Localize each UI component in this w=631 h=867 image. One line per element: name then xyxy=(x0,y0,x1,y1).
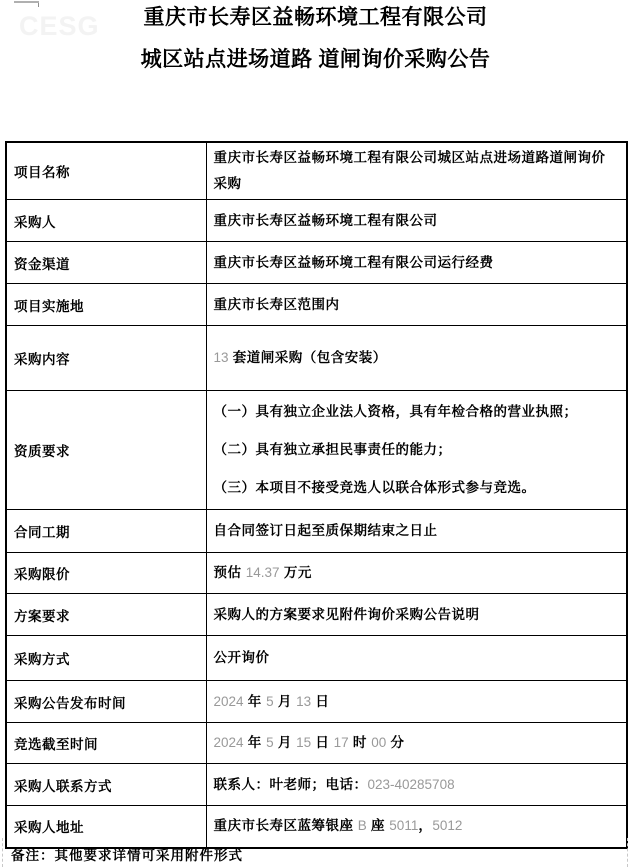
row-value-text: 年 xyxy=(244,735,267,750)
table-row-purchase-content: 采购内容 13 套道闸采购（包含安装） xyxy=(6,326,627,391)
row-label: 采购方式 xyxy=(6,636,206,681)
row-value: 2024 年 5 月 13 日 xyxy=(206,681,627,723)
doc-title-line-2: 城区站点进场道路 道闸询价采购公告 xyxy=(0,44,631,74)
doc-title-line-1: 重庆市长寿区益畅环境工程有限公司 xyxy=(0,2,631,32)
table-row-plan-requirements: 方案要求 采购人的方案要求见附件询价采购公告说明 xyxy=(6,594,627,636)
table-row-contract-period: 合同工期 自合同签订日起至质保期结束之日止 xyxy=(6,510,627,553)
row-value-text: 日 xyxy=(311,694,329,709)
document-page: { "page": { "watermark": "CESG" }, "head… xyxy=(0,0,631,867)
day-number: 13 xyxy=(296,694,311,709)
quantity-number: 13 xyxy=(214,350,229,365)
row-label: 合同工期 xyxy=(6,510,206,553)
row-label: 采购公告发布时间 xyxy=(6,681,206,723)
row-label: 方案要求 xyxy=(6,594,206,636)
row-value: 预估 14.37 万元 xyxy=(206,553,627,594)
row-value: 重庆市长寿区益畅环境工程有限公司运行经费 xyxy=(206,242,627,284)
requirement-item-2: （二）具有独立承担民事责任的能力； xyxy=(214,431,619,469)
row-label: 采购内容 xyxy=(6,326,206,391)
announcement-table: 项目名称 重庆市长寿区益畅环境工程有限公司城区站点进场道路道闸询价采购 采购人 … xyxy=(5,141,628,849)
row-value-text: 重庆市长寿区益畅环境工程有限公司 xyxy=(214,213,438,228)
month-number: 5 xyxy=(266,735,274,750)
remark-note: 备注：其他要求详情可采用附件形式 xyxy=(3,838,627,864)
table-row-announcement-date: 采购公告发布时间 2024 年 5 月 13 日 xyxy=(6,681,627,723)
month-number: 5 xyxy=(266,694,274,709)
row-value-text: 年 xyxy=(244,694,267,709)
row-label: 资质要求 xyxy=(6,391,206,510)
row-value: 13 套道闸采购（包含安装） xyxy=(206,326,627,391)
row-value: 重庆市长寿区益畅环境工程有限公司 xyxy=(206,200,627,242)
row-value-text: 重庆市长寿区蓝筹银座 xyxy=(214,818,358,833)
row-value: 2024 年 5 月 15 日 17 时 00 分 xyxy=(206,723,627,764)
phone-number: 023-40285708 xyxy=(368,777,455,792)
row-value-text: 万元 xyxy=(280,565,312,580)
row-value-text: 月 xyxy=(274,735,297,750)
row-value-text: 重庆市长寿区范围内 xyxy=(214,297,340,312)
row-value-text: 日 xyxy=(311,735,334,750)
row-value: 自合同签订日起至质保期结束之日止 xyxy=(206,510,627,553)
day-number: 15 xyxy=(296,735,311,750)
building-letter: B xyxy=(358,818,367,833)
row-value-text: 采购人的方案要求见附件询价采购公告说明 xyxy=(214,607,480,622)
row-value: 联系人：叶老师；电话：023-40285708 xyxy=(206,764,627,806)
table-row-purchase-method: 采购方式 公开询价 xyxy=(6,636,627,681)
table-row-project-name: 项目名称 重庆市长寿区益畅环境工程有限公司城区站点进场道路道闸询价采购 xyxy=(6,142,627,200)
row-value-text: 公开询价 xyxy=(214,650,270,665)
hour-number: 17 xyxy=(334,735,349,750)
row-value: 重庆市长寿区范围内 xyxy=(206,284,627,326)
row-value-text: 预估 xyxy=(214,565,246,580)
row-value-text: 座 xyxy=(367,818,390,833)
row-value-text: 重庆市长寿区益畅环境工程有限公司城区站点进场道路道闸询价采购 xyxy=(214,150,606,191)
room-number-1: 5011 xyxy=(389,818,418,833)
row-label: 项目名称 xyxy=(6,142,206,200)
requirement-item-3: （三）本项目不接受竞选人以联合体形式参与竞选。 xyxy=(214,469,619,507)
table-row-qualification-requirements: 资质要求 （一）具有独立企业法人资格，具有年检合格的营业执照； （二）具有独立承… xyxy=(6,391,627,510)
row-value-text: 套道闸采购（包含安装） xyxy=(229,350,387,365)
minute-number: 00 xyxy=(371,735,386,750)
row-value: 重庆市长寿区益畅环境工程有限公司城区站点进场道路道闸询价采购 xyxy=(206,142,627,200)
row-value-text: ， xyxy=(418,818,432,833)
row-value: 采购人的方案要求见附件询价采购公告说明 xyxy=(206,594,627,636)
room-number-2: 5012 xyxy=(432,818,462,833)
year-number: 2024 xyxy=(214,694,244,709)
table-row-bid-deadline: 竞选截至时间 2024 年 5 月 15 日 17 时 00 分 xyxy=(6,723,627,764)
row-label: 采购人 xyxy=(6,200,206,242)
row-value-text: 时 xyxy=(349,735,372,750)
remark-section: 备注：其他要求详情可采用附件形式 xyxy=(2,838,628,867)
price-number: 14.37 xyxy=(246,565,280,580)
row-value-text: 重庆市长寿区益畅环境工程有限公司运行经费 xyxy=(214,255,494,270)
row-value: 公开询价 xyxy=(206,636,627,681)
row-label: 资金渠道 xyxy=(6,242,206,284)
table-row-project-location: 项目实施地 重庆市长寿区范围内 xyxy=(6,284,627,326)
table-row-contact-info: 采购人联系方式 联系人：叶老师；电话：023-40285708 xyxy=(6,764,627,806)
row-label: 项目实施地 xyxy=(6,284,206,326)
table-row-funding-channel: 资金渠道 重庆市长寿区益畅环境工程有限公司运行经费 xyxy=(6,242,627,284)
row-label: 采购人联系方式 xyxy=(6,764,206,806)
row-label: 采购限价 xyxy=(6,553,206,594)
table-row-price-limit: 采购限价 预估 14.37 万元 xyxy=(6,553,627,594)
row-value: （一）具有独立企业法人资格，具有年检合格的营业执照； （二）具有独立承担民事责任… xyxy=(206,391,627,510)
table-row-purchaser: 采购人 重庆市长寿区益畅环境工程有限公司 xyxy=(6,200,627,242)
year-number: 2024 xyxy=(214,735,244,750)
row-value-text: 联系人：叶老师；电话： xyxy=(214,777,368,792)
row-value-text: 月 xyxy=(274,694,297,709)
requirement-item-1: （一）具有独立企业法人资格，具有年检合格的营业执照； xyxy=(214,393,619,431)
row-value-text: 自合同签订日起至质保期结束之日止 xyxy=(214,523,438,538)
row-label: 竞选截至时间 xyxy=(6,723,206,764)
row-value-text: 分 xyxy=(386,735,404,750)
